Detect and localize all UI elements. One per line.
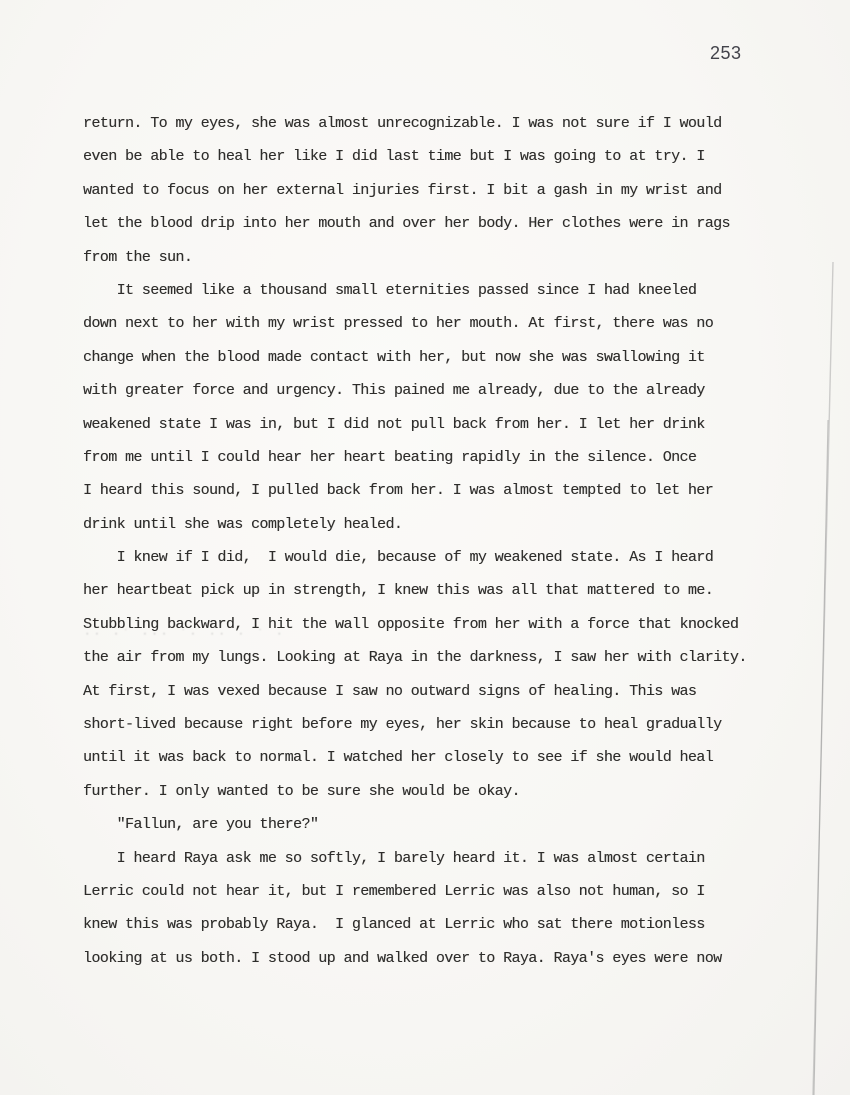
typewritten-text-block: return. To my eyes, she was almost unrec… xyxy=(83,107,783,975)
text-line: her heartbeat pick up in strength, I kne… xyxy=(83,574,783,607)
manuscript-page: 253 return. To my eyes, she was almost u… xyxy=(0,0,850,1095)
text-line: with greater force and urgency. This pai… xyxy=(83,374,783,407)
text-line: "Fallun, are you there?" xyxy=(83,808,783,841)
text-line: even be able to heal her like I did last… xyxy=(83,140,783,173)
text-line: from me until I could hear her heart bea… xyxy=(83,441,783,474)
text-line: short-lived because right before my eyes… xyxy=(83,708,783,741)
text-line: wanted to focus on her external injuries… xyxy=(83,174,783,207)
text-line: drink until she was completely healed. xyxy=(83,508,783,541)
text-line: from the sun. xyxy=(83,241,783,274)
text-line: until it was back to normal. I watched h… xyxy=(83,741,783,774)
text-line: At first, I was vexed because I saw no o… xyxy=(83,675,783,708)
text-line: down next to her with my wrist pressed t… xyxy=(83,307,783,340)
text-line: I knew if I did, I would die, because of… xyxy=(83,541,783,574)
text-line: I heard Raya ask me so softly, I barely … xyxy=(83,842,783,875)
ink-smudge-artifact: ·· ·˙ ··· ˙· ·· · ˙ ·· xyxy=(84,629,284,643)
text-line: Lerric could not hear it, but I remember… xyxy=(83,875,783,908)
text-line: looking at us both. I stood up and walke… xyxy=(83,942,783,975)
text-line: let the blood drip into her mouth and ov… xyxy=(83,207,783,240)
page-number: 253 xyxy=(710,43,742,64)
text-line: return. To my eyes, she was almost unrec… xyxy=(83,107,783,140)
text-line: weakened state I was in, but I did not p… xyxy=(83,408,783,441)
text-line: knew this was probably Raya. I glanced a… xyxy=(83,908,783,941)
text-line: I heard this sound, I pulled back from h… xyxy=(83,474,783,507)
text-line: It seemed like a thousand small eterniti… xyxy=(83,274,783,307)
text-line: the air from my lungs. Looking at Raya i… xyxy=(83,641,783,674)
text-line: change when the blood made contact with … xyxy=(83,341,783,374)
text-line: further. I only wanted to be sure she wo… xyxy=(83,775,783,808)
